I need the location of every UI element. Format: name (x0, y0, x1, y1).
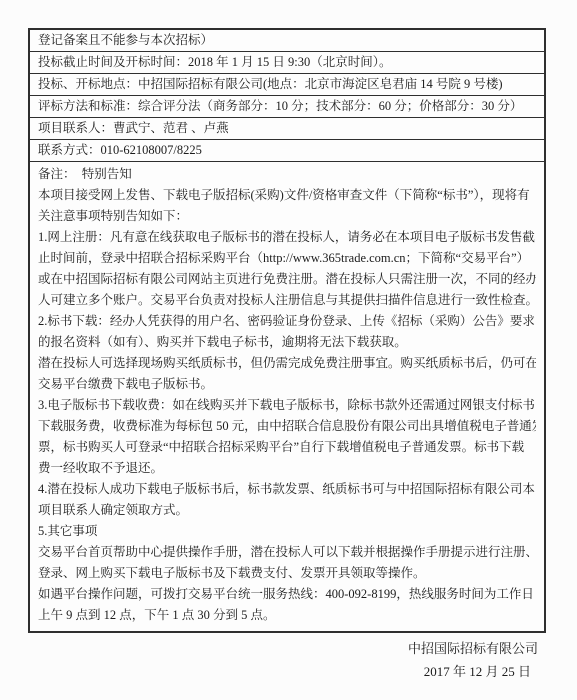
remark-line: 登录、网上购买下载电子版标书及下载费支付、发票开具领取等操作。 (38, 563, 536, 584)
notice-table: 登记备案且不能参与本次招标） 投标截止时间及开标时间：2018 年 1 月 15… (28, 28, 546, 633)
remark-line: 本项目接受网上发售、下载电子版招标(采购)文件/资格审查文件（下简称“标书”），… (38, 185, 536, 206)
remark-line: 4.潜在投标人成功下载电子版标书后，标书款发票、纸质标书可与中招国际招标有限公司… (38, 479, 536, 500)
row-evaluation-method: 评标方法和标准：综合评分法（商务部分：10 分；技术部分：60 分；价格部分：3… (30, 96, 544, 118)
row-continuation-note: 登记备案且不能参与本次招标） (30, 30, 544, 52)
remark-line: 的报名资料（如有）、购买并下载电子标书，逾期将无法下载获取。 (38, 332, 536, 353)
row-contact-info: 联系方式：010-62108007/8225 (30, 140, 544, 162)
remark-line: 票，标书购买人可登录“中招联合招标采购平台”自行下载增值税电子普通发票。标书下载 (38, 437, 536, 458)
remark-line: 上午 9 点到 12 点，下午 1 点 30 分到 5 点。 (38, 605, 536, 626)
remark-line: 潜在投标人可选择现场购买纸质标书，但仍需完成免费注册事宜。购买纸质标书后，仍可在 (38, 353, 536, 374)
remark-line: 3.电子版标书下载收费：如在线购买并下载电子版标书，除标书款外还需通过网银支付标… (38, 395, 536, 416)
remark-line: 人可建立多个账户。交易平台负责对投标人注册信息与其提供扫描件信息进行一致性检查。 (38, 290, 536, 311)
row-project-contacts: 项目联系人：曹武宁、范君 、卢燕 (30, 118, 544, 140)
remark-line: 交易平台缴费下载电子版标书。 (38, 374, 536, 395)
remark-line: 止时间前，登录中招联合招标采购平台（http://www.365trade.co… (38, 248, 536, 269)
document-page: 登记备案且不能参与本次招标） 投标截止时间及开标时间：2018 年 1 月 15… (0, 0, 577, 700)
remark-line: 费一经收取不予退还。 (38, 458, 536, 479)
remark-line: 如遇平台操作问题，可拨打交易平台统一服务热线：400-092-8199，热线服务… (38, 584, 536, 605)
remark-line: 项目联系人确定领取方式。 (38, 500, 536, 521)
remark-line: 1.网上注册：凡有意在线获取电子版标书的潜在投标人，请务必在本项目电子版标书发售… (38, 227, 536, 248)
remark-line: 2.标书下载：经办人凭获得的用户名、密码验证身份登录、上传《招标（采购）公告》要… (38, 311, 536, 332)
remark-title-line: 备注： 特别告知 (38, 164, 536, 185)
row-bid-deadline: 投标截止时间及开标时间：2018 年 1 月 15 日 9:30（北京时间）。 (30, 52, 544, 74)
remark-line: 5.其它事项 (38, 521, 536, 542)
remark-line: 下载服务费，收费标准为每标包 50 元，由中招联合信息股份有限公司出具增值税电子… (38, 416, 536, 437)
document-footer: 中招国际招标有限公司 2017 年 12 月 25 日 (0, 639, 540, 682)
remark-line: 或在中招国际招标有限公司网站主页进行免费注册。潜在投标人只需注册一次，不同的经办 (38, 269, 536, 290)
remark-line: 关注意事项特别告知如下： (38, 206, 536, 227)
footer-company: 中招国际招标有限公司 (0, 639, 540, 659)
remark-cell: 备注： 特别告知 本项目接受网上发售、下载电子版招标(采购)文件/资格审查文件（… (30, 162, 544, 631)
remark-line: 交易平台首页帮助中心提供操作手册，潜在投标人可以下载并根据操作手册提示进行注册、 (38, 542, 536, 563)
row-bid-opening-location: 投标、开标地点：中招国际招标有限公司(地点：北京市海淀区皂君庙 14 号院 9 … (30, 74, 544, 96)
footer-date: 2017 年 12 月 25 日 (0, 662, 540, 682)
